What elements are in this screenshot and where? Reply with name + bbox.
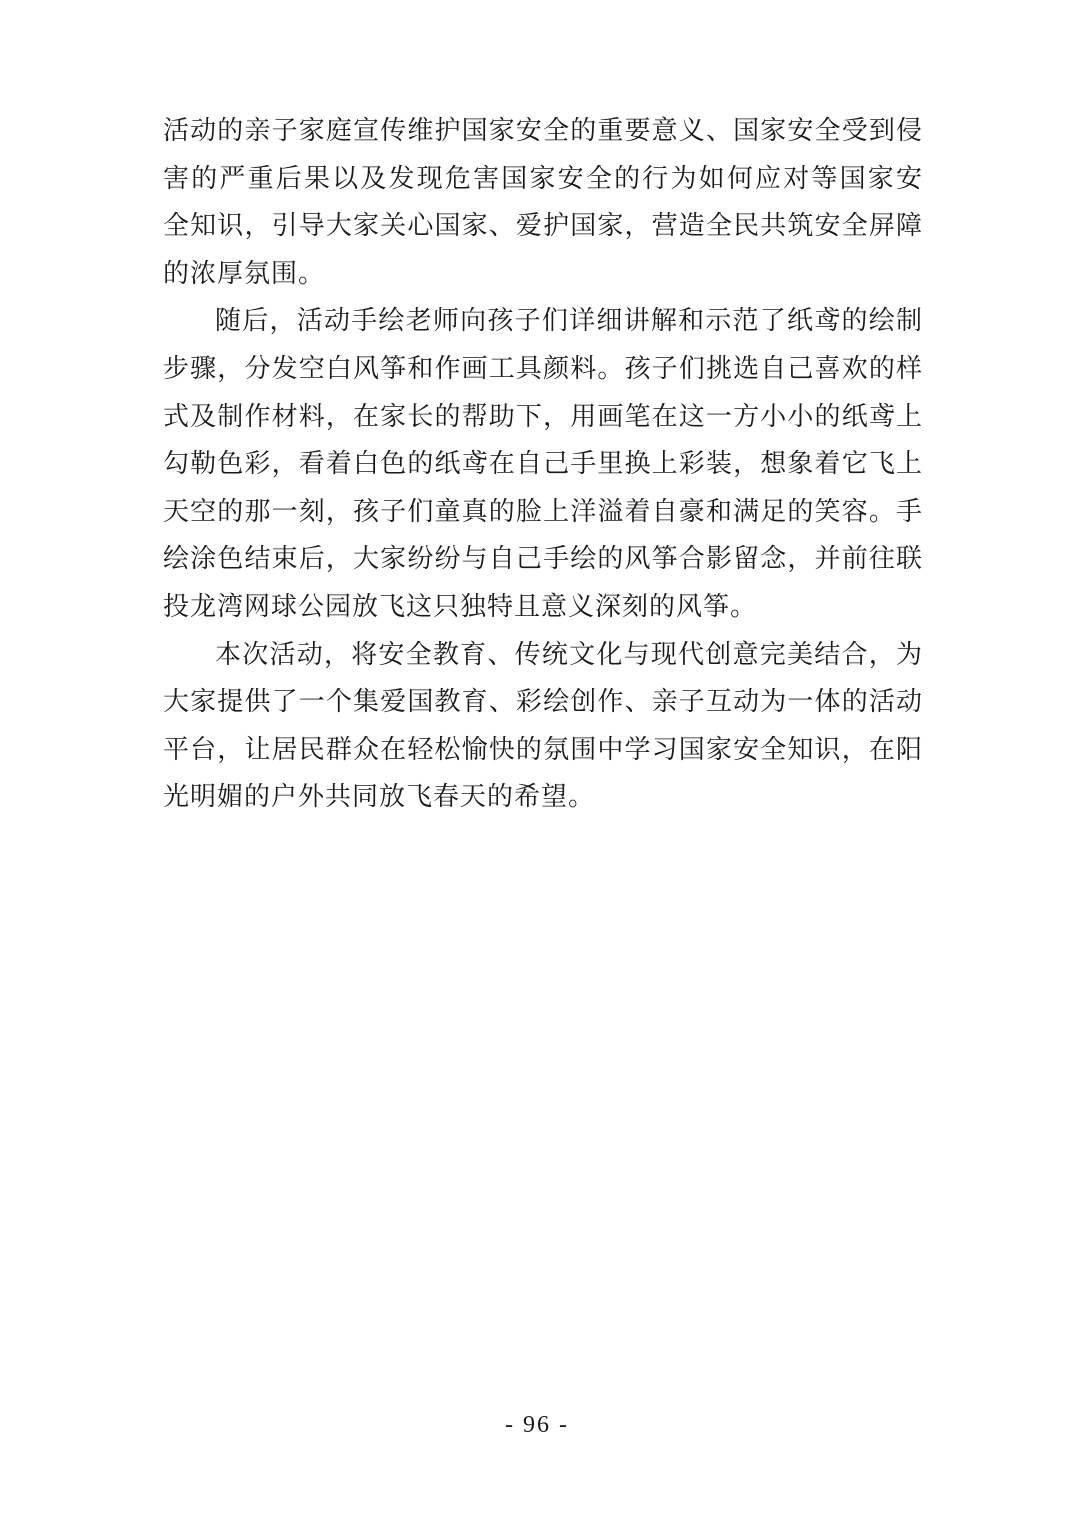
- text-line: 的浓厚氛围。: [163, 251, 923, 299]
- text-line: 害的严重后果以及发现危害国家安全的行为如何应对等国家安: [163, 156, 923, 204]
- page-number: - 96 -: [0, 1412, 1074, 1439]
- document-page: 活动的亲子家庭宣传维护国家安全的重要意义、国家安全受到侵 害的严重后果以及发现危…: [0, 0, 1074, 1520]
- text-line: 绘涂色结束后，大家纷纷与自己手绘的风筝合影留念，并前往联: [163, 536, 923, 584]
- text-line: 本次活动，将安全教育、传统文化与现代创意完美结合，为: [163, 632, 923, 680]
- text-line: 光明媚的户外共同放飞春天的希望。: [163, 774, 923, 822]
- text-line: 全知识，引导大家关心国家、爱护国家，营造全民共筑安全屏障: [163, 203, 923, 251]
- text-line: 步骤，分发空白风筝和作画工具颜料。孩子们挑选自己喜欢的样: [163, 346, 923, 394]
- text-line: 投龙湾网球公园放飞这只独特且意义深刻的风筝。: [163, 584, 923, 632]
- body-text: 活动的亲子家庭宣传维护国家安全的重要意义、国家安全受到侵 害的严重后果以及发现危…: [163, 108, 923, 822]
- text-line: 随后，活动手绘老师向孩子们详细讲解和示范了纸鸢的绘制: [163, 298, 923, 346]
- text-line: 大家提供了一个集爱国教育、彩绘创作、亲子互动为一体的活动: [163, 679, 923, 727]
- text-line: 勾勒色彩，看着白色的纸鸢在自己手里换上彩装，想象着它飞上: [163, 441, 923, 489]
- text-line: 天空的那一刻，孩子们童真的脸上洋溢着自豪和满足的笑容。手: [163, 489, 923, 537]
- text-line: 活动的亲子家庭宣传维护国家安全的重要意义、国家安全受到侵: [163, 108, 923, 156]
- text-line: 平台，让居民群众在轻松愉快的氛围中学习国家安全知识，在阳: [163, 727, 923, 775]
- text-line: 式及制作材料，在家长的帮助下，用画笔在这一方小小的纸鸢上: [163, 394, 923, 442]
